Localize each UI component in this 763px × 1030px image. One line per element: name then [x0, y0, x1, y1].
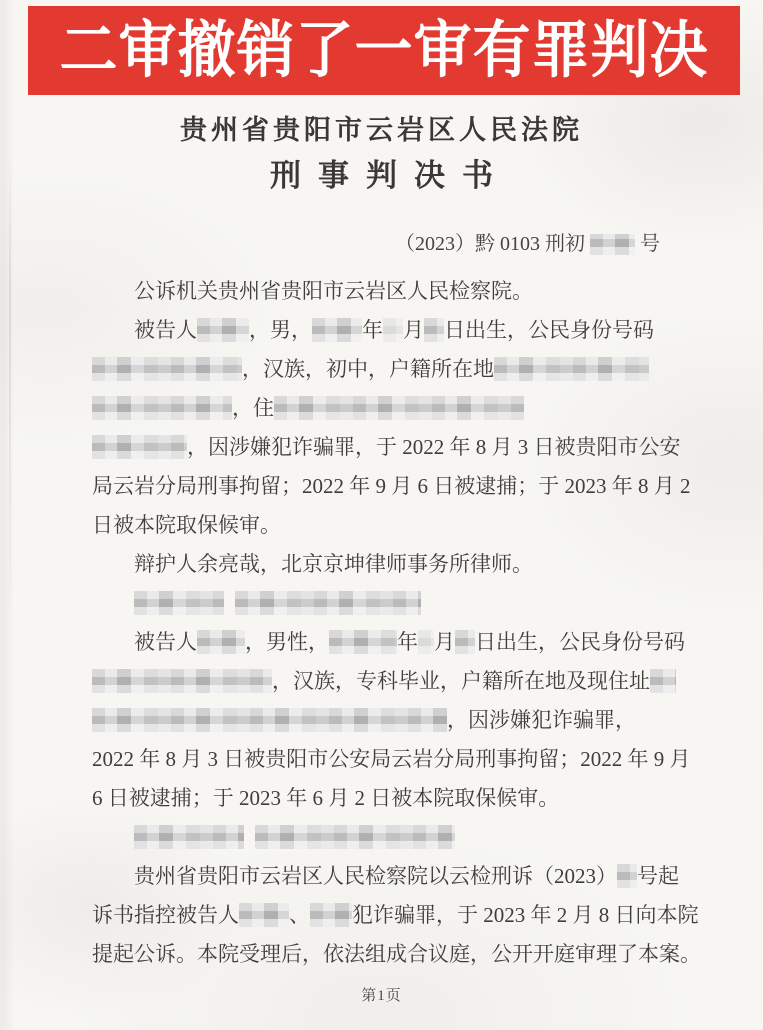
text-run: 被告人: [134, 630, 197, 654]
document-line: 提起公诉。本院受理后，依法组成合议庭，公开开庭审理了本案。: [92, 935, 688, 974]
text-run: 提起公诉。本院受理后，依法组成合议庭，公开开庭审理了本案。: [92, 942, 701, 966]
document-line: ，因涉嫌犯诈骗罪，: [92, 701, 688, 740]
redaction-block: [134, 591, 224, 615]
redaction-block: [455, 630, 475, 654]
paper-crease: [9, 150, 11, 630]
document-line: 辩护人余亮哉，北京京坤律师事务所律师。: [92, 545, 688, 584]
text-run: 日被本院取保候审。: [92, 513, 281, 537]
redaction-block: [134, 825, 244, 849]
text-run: 年: [362, 318, 383, 342]
redaction-block: [274, 396, 524, 420]
document-line: 6 日被逮捕；于 2023 年 6 月 2 日被本院取保候审。: [92, 779, 688, 818]
redaction-block: [92, 396, 232, 420]
text-run: 日出生，公民身份号码: [444, 318, 654, 342]
redaction-block: [617, 864, 637, 888]
text-run: 被告人: [134, 318, 197, 342]
document-line: [92, 818, 688, 857]
redaction-block: [329, 630, 397, 654]
case-number-suffix: 号: [640, 233, 660, 255]
document-line: 局云岩分局刑事拘留；2022 年 9 月 6 日被逮捕；于 2023 年 8 月…: [92, 467, 688, 506]
case-number: （2023）黔 0103 刑初 号: [395, 227, 660, 256]
text-run: ，因涉嫌犯诈骗罪，于 2022 年 8 月 3 日被贵阳市公安: [187, 435, 681, 459]
text-run: 诉书指控被告人: [92, 903, 239, 927]
court-name: 贵州省贵阳市云岩区人民法院: [0, 108, 763, 147]
document-line: ，汉族，初中，户籍所在地: [92, 350, 688, 389]
redaction-block: [92, 357, 242, 381]
document-body: 公诉机关贵州省贵阳市云岩区人民检察院。被告人，男，年月日出生，公民身份号码，汉族…: [92, 272, 688, 974]
document-line: ，因涉嫌犯诈骗罪，于 2022 年 8 月 3 日被贵阳市公安: [92, 428, 688, 467]
redaction-block: [494, 357, 649, 381]
redaction-block: [92, 669, 272, 693]
redaction-block: [92, 435, 187, 459]
redaction-block: [424, 318, 444, 342]
text-run: ，男性，: [245, 630, 329, 654]
text-run: ，因涉嫌犯诈骗罪，: [447, 708, 636, 732]
document-line: ，汉族，专科毕业，户籍所在地及现住址: [92, 662, 688, 701]
text-run: ，住: [232, 396, 274, 420]
text-run: 2022 年 8 月 3 日被贵阳市公安局云岩分局刑事拘留；2022 年 9 月: [92, 747, 691, 771]
text-run: 、: [289, 903, 310, 927]
redaction-block: [418, 630, 434, 654]
redaction-block: [197, 318, 249, 342]
text-run: 日出生，公民身份号码: [475, 630, 685, 654]
text-run: 号起: [637, 864, 679, 888]
case-number-prefix: （2023）黔 0103 刑初: [395, 233, 585, 255]
page-number: 第1页: [0, 984, 763, 1005]
redaction-block: [312, 318, 362, 342]
text-run: 月: [403, 318, 424, 342]
text-run: 公诉机关贵州省贵阳市云岩区人民检察院。: [134, 279, 533, 303]
text-run: 6 日被逮捕；于 2023 年 6 月 2 日被本院取保候审。: [92, 786, 559, 810]
headline-banner: 二审撤销了一审有罪判决: [28, 6, 740, 95]
redaction-block: [197, 630, 245, 654]
text-run: 犯诈骗罪，于 2023 年 2 月 8 日向本院: [352, 903, 699, 927]
scanned-judgment-page: 二审撤销了一审有罪判决 贵州省贵阳市云岩区人民法院 刑事判决书 （2023）黔 …: [0, 0, 763, 1030]
redaction-block: [310, 903, 352, 927]
document-line: 2022 年 8 月 3 日被贵阳市公安局云岩分局刑事拘留；2022 年 9 月: [92, 740, 688, 779]
redaction-block: [239, 903, 289, 927]
document-title: 刑事判决书: [0, 150, 763, 195]
text-run: 年: [397, 630, 418, 654]
redaction-block: [255, 825, 455, 849]
text-run: [224, 591, 235, 615]
document-line: 公诉机关贵州省贵阳市云岩区人民检察院。: [92, 272, 688, 311]
text-run: 局云岩分局刑事拘留；2022 年 9 月 6 日被逮捕；于 2023 年 8 月…: [92, 474, 691, 498]
text-run: 贵州省贵阳市云岩区人民检察院以云检刑诉（2023）: [134, 864, 617, 888]
text-run: [244, 825, 255, 849]
document-line: 贵州省贵阳市云岩区人民检察院以云检刑诉（2023）号起: [92, 857, 688, 896]
document-line: 日被本院取保候审。: [92, 506, 688, 545]
headline-text: 二审撤销了一审有罪判决: [59, 20, 708, 81]
redaction-block: [92, 708, 447, 732]
redaction-block: [235, 591, 421, 615]
document-line: ，住: [92, 389, 688, 428]
document-line: [92, 584, 688, 623]
document-line: 被告人，男性，年月日出生，公民身份号码: [92, 623, 688, 662]
document-line: 诉书指控被告人、犯诈骗罪，于 2023 年 2 月 8 日向本院: [92, 896, 688, 935]
document-line: 被告人，男，年月日出生，公民身份号码: [92, 311, 688, 350]
redaction-block: [383, 318, 403, 342]
redaction-block: [590, 234, 635, 255]
text-run: ，男，: [249, 318, 312, 342]
text-run: 月: [434, 630, 455, 654]
text-run: ，汉族，初中，户籍所在地: [242, 357, 494, 381]
text-run: ，汉族，专科毕业，户籍所在地及现住址: [272, 669, 650, 693]
redaction-block: [650, 669, 676, 693]
text-run: 辩护人余亮哉，北京京坤律师事务所律师。: [134, 552, 533, 576]
